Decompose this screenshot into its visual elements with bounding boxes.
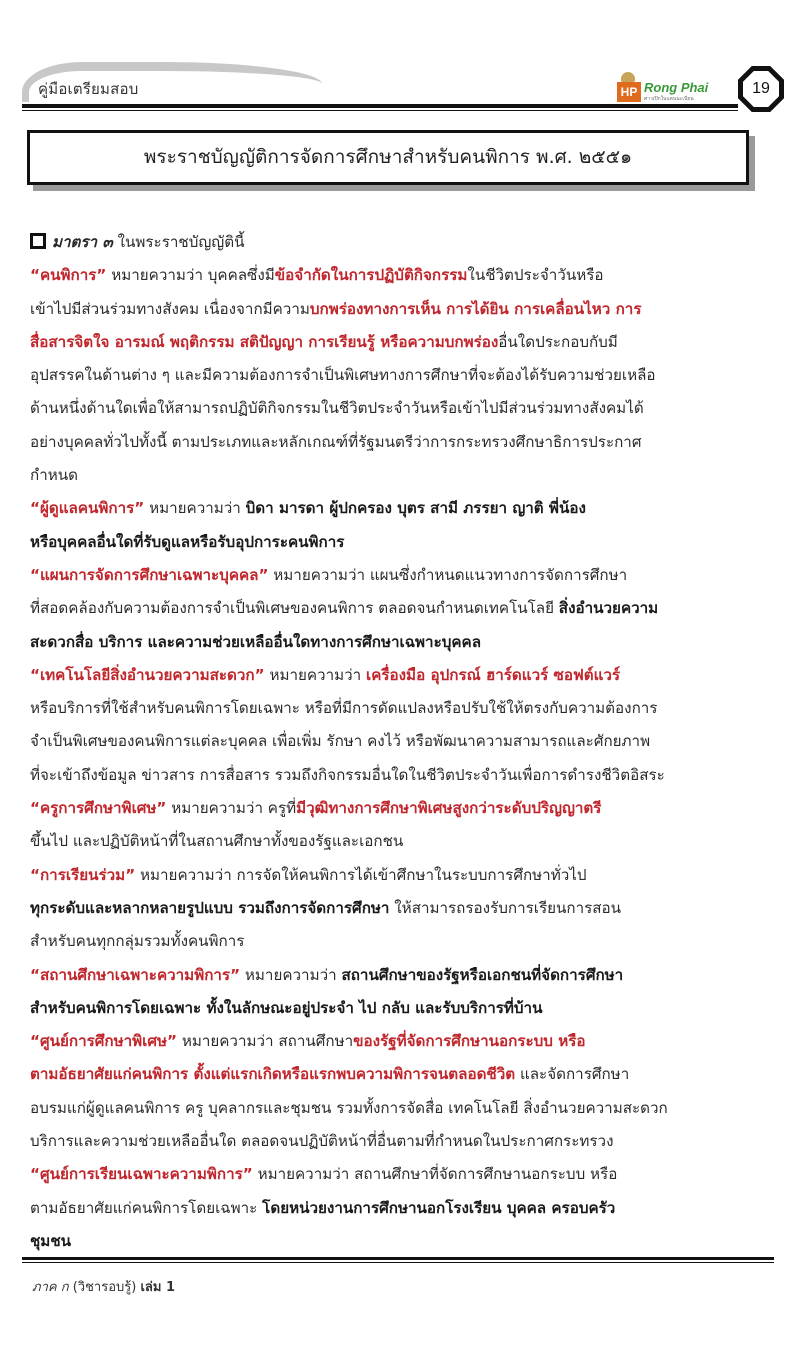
highlighted-text: “ผู้ดูแลคนพิการ” [30, 499, 144, 517]
publisher-logo: HP Rong Phai ศาวเปิกใบแคนนะเบียน [617, 72, 735, 104]
footer-subject: (วิชารอบรู้) [69, 1280, 141, 1295]
text-line: “การเรียนร่วม” หมายความว่า การจัดให้คนพิ… [30, 859, 775, 892]
highlighted-text: “เทคโนโลยีสิ่งอำนวยความสะดวก” [30, 666, 265, 684]
highlighted-text: “แผนการจัดการศึกษาเฉพาะบุคคล” [30, 566, 268, 584]
highlighted-text: “สถานศึกษาเฉพาะความพิการ” [30, 966, 240, 984]
footer-volume: เล่ม 1 [140, 1280, 175, 1295]
definition-lines: “คนพิการ” หมายความว่า บุคคลซึ่งมีข้อจำกั… [30, 259, 775, 1258]
text-line: หรือบุคคลอื่นใดที่รับดูแลหรือรับอุปการะค… [30, 526, 775, 559]
document-title: พระราชบัญญัติการจัดการศึกษาสำหรับคนพิการ… [27, 130, 749, 185]
text-line: กำหนด [30, 459, 775, 492]
body-text: อบรมแก่ผู้ดูแลคนพิการ ครู บุคลากรและชุมช… [30, 1099, 668, 1117]
text-line: อุปสรรคในด้านต่าง ๆ และมีความต้องการจำเป… [30, 359, 775, 392]
bold-text: หรือบุคคลอื่นใดที่รับดูแลหรือรับอุปการะค… [30, 533, 344, 551]
highlighted-text: ข้อจำกัดในการปฏิบัติกิจกรรม [275, 266, 468, 284]
highlighted-text: “คนพิการ” [30, 266, 106, 284]
text-line: ตามอัธยาศัยแก่คนพิการ ตั้งแต่แรกเกิดหรือ… [30, 1058, 775, 1091]
logo-mark: HP [617, 82, 641, 102]
bold-text: สิ่งอำนวยความ [559, 599, 658, 617]
text-line: เข้าไปมีส่วนร่วมทางสังคม เนื่องจากมีความ… [30, 293, 775, 326]
text-line: “ศูนย์การศึกษาพิเศษ” หมายความว่า สถานศึก… [30, 1025, 775, 1058]
logo-text: Rong Phai [644, 80, 708, 95]
page-footer: ภาค ก (วิชารอบรู้) เล่ม 1 [32, 1276, 175, 1297]
body-text: ให้สามารถรองรับการเรียนการสอน [389, 899, 621, 917]
text-line: สะดวกสื่อ บริการ และความช่วยเหลืออื่นใดท… [30, 626, 775, 659]
text-line: “ศูนย์การเรียนเฉพาะความพิการ” หมายความว่… [30, 1158, 775, 1191]
body-text: ที่สอดคล้องกับความต้องการจำเป็นพิเศษของค… [30, 599, 559, 617]
highlighted-text: “การเรียนร่วม” [30, 866, 135, 884]
body-text: ที่จะเข้าถึงข้อมูล ข่าวสาร การสื่อสาร รว… [30, 766, 665, 784]
body-text: อย่างบุคคลทั่วไปทั้งนี้ ตามประเภทและหลัก… [30, 433, 641, 451]
text-line: “เทคโนโลยีสิ่งอำนวยความสะดวก” หมายความว่… [30, 659, 775, 692]
bold-text: โดยหน่วยงานการศึกษานอกโรงเรียน บุคคล ครอ… [262, 1199, 615, 1217]
text-line: อบรมแก่ผู้ดูแลคนพิการ ครู บุคลากรและชุมช… [30, 1092, 775, 1125]
body-text: เข้าไปมีส่วนร่วมทางสังคม เนื่องจากมีความ [30, 300, 310, 318]
footer-rule-thin [22, 1262, 774, 1263]
text-line: ขึ้นไป และปฏิบัติหน้าที่ในสถานศึกษาทั้งข… [30, 825, 775, 858]
text-line: ด้านหนึ่งด้านใดเพื่อให้สามารถปฏิบัติกิจก… [30, 392, 775, 425]
bold-text: ชุมชน [30, 1232, 71, 1250]
highlighted-text: บกพร่องทางการเห็น การได้ยิน การเคลื่อนไห… [310, 300, 642, 318]
body-text: อุปสรรคในด้านต่าง ๆ และมีความต้องการจำเป… [30, 366, 656, 384]
bold-text: สำหรับคนพิการโดยเฉพาะ ทั้งในลักษณะอยู่ปร… [30, 999, 542, 1017]
body-text: กำหนด [30, 466, 78, 484]
logo-mascot-icon [621, 72, 635, 82]
body-text: จำเป็นพิเศษของคนพิการแต่ละบุคคล เพื่อเพิ… [30, 732, 650, 750]
text-line: สำหรับคนทุกกลุ่มรวมทั้งคนพิการ [30, 925, 775, 958]
highlighted-text: เครื่องมือ อุปกรณ์ ฮาร์ดแวร์ ซอฟต์แวร์ [366, 666, 620, 684]
body-text: อื่นใดประกอบกับมี [498, 333, 618, 351]
text-line: หรือบริการที่ใช้สำหรับคนพิการโดยเฉพาะ หร… [30, 692, 775, 725]
text-line: ชุมชน [30, 1225, 775, 1258]
highlighted-text: “ศูนย์การศึกษาพิเศษ” [30, 1032, 177, 1050]
body-text: และจัดการศึกษา [515, 1065, 629, 1083]
body-text: หมายความว่า สถานศึกษา [177, 1032, 353, 1050]
logo-subtext: ศาวเปิกใบแคนนะเบียน [644, 95, 694, 103]
section-text: ในพระราชบัญญัตินี้ [113, 233, 245, 251]
text-line: ที่จะเข้าถึงข้อมูล ข่าวสาร การสื่อสาร รว… [30, 759, 775, 792]
footer-rule [22, 1257, 774, 1260]
text-line: “คนพิการ” หมายความว่า บุคคลซึ่งมีข้อจำกั… [30, 259, 775, 292]
body-text: หมายความว่า สถานศึกษาที่จัดการศึกษานอกระ… [253, 1165, 618, 1183]
text-line: “ครูการศึกษาพิเศษ” หมายความว่า ครูที่มีว… [30, 792, 775, 825]
body-text: ด้านหนึ่งด้านใดเพื่อให้สามารถปฏิบัติกิจก… [30, 399, 644, 417]
text-line: ตามอัธยาศัยแก่คนพิการโดยเฉพาะ โดยหน่วยงา… [30, 1192, 775, 1225]
text-line: บริการและความช่วยเหลืออื่นใด ตลอดจนปฏิบั… [30, 1125, 775, 1158]
book-title: คู่มือเตรียมสอบ [38, 77, 138, 101]
header-rule [22, 104, 738, 108]
body-text: หมายความว่า แผนซึ่งกำหนดแนวทางการจัดการศ… [268, 566, 627, 584]
text-line: “แผนการจัดการศึกษาเฉพาะบุคคล” หมายความว่… [30, 559, 775, 592]
highlighted-text: สื่อสารจิตใจ อารมณ์ พฤติกรรม สติปัญญา กา… [30, 333, 498, 351]
page-number-badge: 19 [738, 66, 784, 112]
page-number: 19 [743, 71, 779, 107]
header-rule-thin [22, 110, 738, 111]
highlighted-text: “ศูนย์การเรียนเฉพาะความพิการ” [30, 1165, 253, 1183]
body-text: ขึ้นไป และปฏิบัติหน้าที่ในสถานศึกษาทั้งข… [30, 832, 403, 850]
section-heading: มาตรา ๓ ในพระราชบัญญัตินี้ [30, 226, 775, 259]
bold-text: บิดา มารดา ผู้ปกครอง บุตร สามี ภรรยา ญาต… [246, 499, 586, 517]
document-body: มาตรา ๓ ในพระราชบัญญัตินี้ “คนพิการ” หมา… [30, 226, 775, 1258]
text-line: สื่อสารจิตใจ อารมณ์ พฤติกรรม สติปัญญา กา… [30, 326, 775, 359]
highlighted-text: มีวุฒิทางการศึกษาพิเศษสูงกว่าระดับปริญญา… [296, 799, 601, 817]
checkbox-icon [30, 233, 46, 249]
text-line: จำเป็นพิเศษของคนพิการแต่ละบุคคล เพื่อเพิ… [30, 725, 775, 758]
body-text: ในชีวิตประจำวันหรือ [467, 266, 603, 284]
highlighted-text: ของรัฐที่จัดการศึกษานอกระบบ หรือ [353, 1032, 585, 1050]
text-line: สำหรับคนพิการโดยเฉพาะ ทั้งในลักษณะอยู่ปร… [30, 992, 775, 1025]
text-line: ที่สอดคล้องกับความต้องการจำเป็นพิเศษของค… [30, 592, 775, 625]
body-text: หมายความว่า บุคคลซึ่งมี [106, 266, 274, 284]
body-text: หมายความว่า การจัดให้คนพิการได้เข้าศึกษา… [135, 866, 586, 884]
highlighted-text: ตามอัธยาศัยแก่คนพิการ ตั้งแต่แรกเกิดหรือ… [30, 1065, 515, 1083]
body-text: บริการและความช่วยเหลืออื่นใด ตลอดจนปฏิบั… [30, 1132, 613, 1150]
text-line: “สถานศึกษาเฉพาะความพิการ” หมายความว่า สถ… [30, 959, 775, 992]
bold-text: สะดวกสื่อ บริการ และความช่วยเหลืออื่นใดท… [30, 633, 481, 651]
section-label: มาตรา ๓ [52, 233, 113, 251]
text-line: “ผู้ดูแลคนพิการ” หมายความว่า บิดา มารดา … [30, 492, 775, 525]
page-header: คู่มือเตรียมสอบ HP Rong Phai ศาวเปิกใบแค… [0, 0, 800, 120]
footer-part: ภาค ก [32, 1280, 69, 1295]
text-line: ทุกระดับและหลากหลายรูปแบบ รวมถึงการจัดกา… [30, 892, 775, 925]
body-text: หมายความว่า ครูที่ [166, 799, 296, 817]
body-text: หรือบริการที่ใช้สำหรับคนพิการโดยเฉพาะ หร… [30, 699, 657, 717]
body-text: หมายความว่า [144, 499, 245, 517]
body-text: หมายความว่า [240, 966, 341, 984]
bold-text: ทุกระดับและหลากหลายรูปแบบ รวมถึงการจัดกา… [30, 899, 389, 917]
highlighted-text: “ครูการศึกษาพิเศษ” [30, 799, 166, 817]
body-text: สำหรับคนทุกกลุ่มรวมทั้งคนพิการ [30, 932, 244, 950]
bold-text: สถานศึกษาของรัฐหรือเอกชนที่จัดการศึกษา [341, 966, 623, 984]
text-line: อย่างบุคคลทั่วไปทั้งนี้ ตามประเภทและหลัก… [30, 426, 775, 459]
body-text: หมายความว่า [265, 666, 366, 684]
body-text: ตามอัธยาศัยแก่คนพิการโดยเฉพาะ [30, 1199, 262, 1217]
